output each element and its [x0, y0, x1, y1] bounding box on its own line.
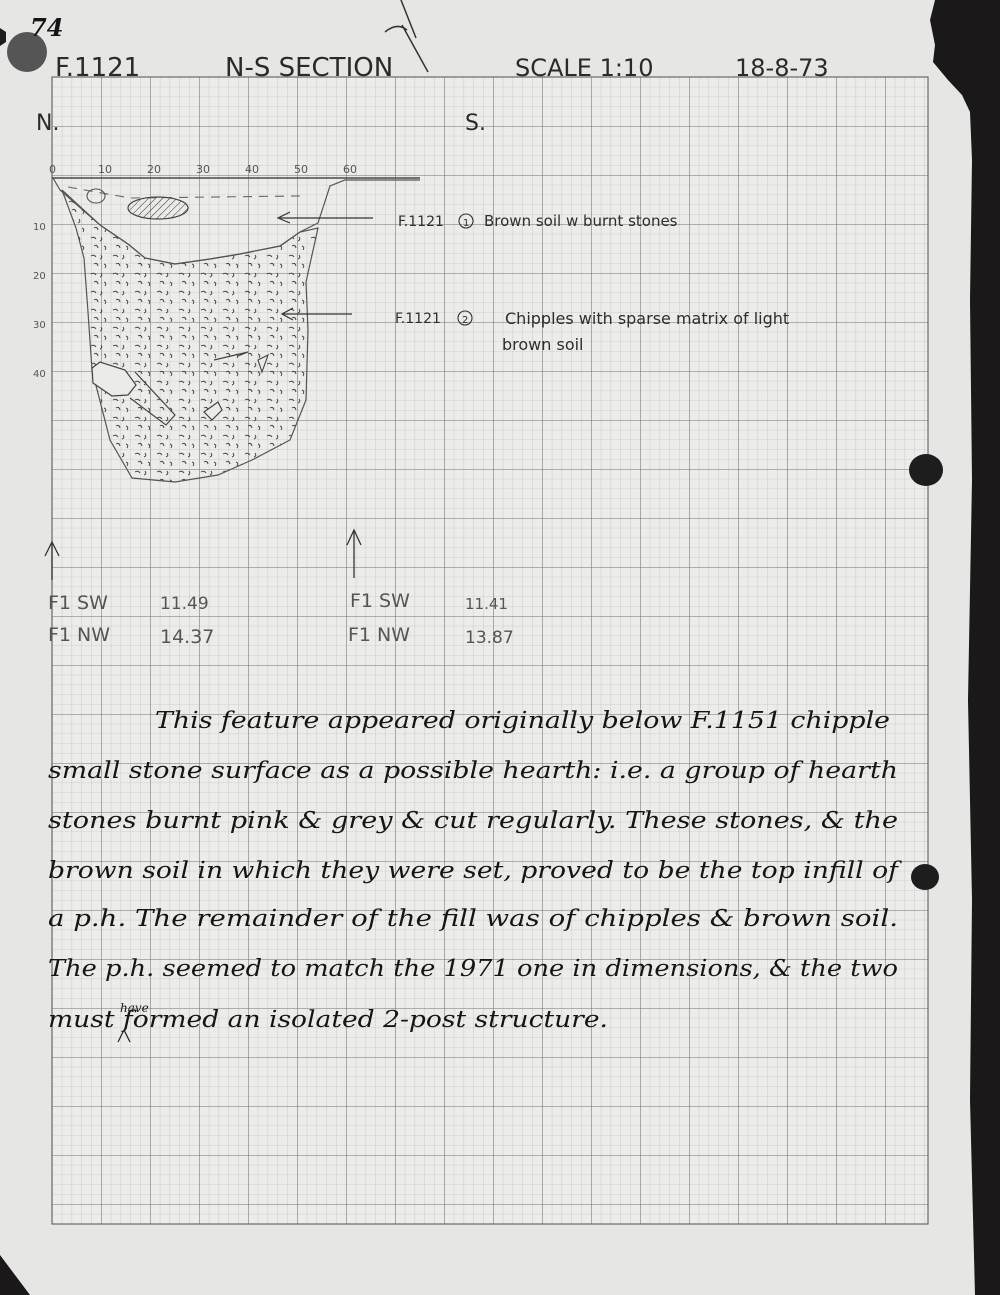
svg-text:F1 SW: F1 SW [350, 590, 410, 612]
svg-text:Chipples with sparse matrix of: Chipples with sparse matrix of light [505, 309, 789, 328]
svg-text:F1 NW: F1 NW [48, 624, 110, 646]
svg-text:11.49: 11.49 [160, 594, 209, 614]
svg-text:brown soil: brown soil [502, 335, 584, 354]
punch-hole-right [909, 454, 943, 486]
svg-text:2: 2 [462, 315, 468, 326]
svg-text:F.1121: F.1121 [398, 214, 444, 230]
svg-text:F1 SW: F1 SW [48, 592, 108, 614]
burnt-stone-hatched [128, 197, 188, 219]
notes-line: a p.h. The remainder of the fill was of … [48, 906, 898, 932]
notes-line: stones burnt pink & grey & cut regularly… [48, 808, 898, 834]
scanned-page: 74 F.1121 N-S SECTION SCALE 1:10 18-8-73… [0, 0, 1000, 1295]
feature-number: F.1121 [55, 53, 140, 83]
svg-text:F.1121: F.1121 [395, 311, 441, 327]
horizontal-scale-tick: 30 [196, 163, 210, 176]
horizontal-scale-tick: 40 [245, 163, 259, 176]
horizontal-scale-tick: 60 [343, 163, 357, 176]
horizontal-scale-tick: 0 [49, 163, 56, 176]
section-title: N-S SECTION [225, 53, 393, 83]
notes-line: small stone surface as a possible hearth… [48, 758, 898, 784]
horizontal-scale-tick: 10 [98, 163, 112, 176]
svg-text:11.41: 11.41 [465, 595, 508, 613]
drawing-scale: SCALE 1:10 [515, 54, 653, 82]
depth-scale-tick: 10 [33, 222, 46, 233]
punch-hole-right-lower [911, 864, 939, 890]
horizontal-scale-tick: 50 [294, 163, 308, 176]
notes-line: The p.h. seemed to match the 1971 one in… [48, 956, 898, 982]
depth-scale-tick: 30 [33, 320, 46, 331]
notes-line: brown soil in which they were set, prove… [48, 858, 902, 884]
depth-scale-tick: 40 [33, 369, 46, 380]
south-label: S. [465, 111, 486, 136]
drawing-date: 18-8-73 [735, 54, 829, 82]
notes-line: This feature appeared originally below F… [155, 708, 890, 734]
svg-text:1: 1 [463, 218, 469, 229]
svg-text:13.87: 13.87 [465, 628, 514, 648]
svg-text:14.37: 14.37 [160, 626, 214, 648]
insertion-word: have [120, 1001, 149, 1015]
svg-text:Brown soil w burnt stones: Brown soil w burnt stones [484, 212, 678, 230]
page-number: 74 [30, 13, 63, 42]
depth-scale-tick: 20 [33, 271, 46, 282]
layer-1-label: F.1121 1 Brown soil w burnt stones [398, 212, 678, 230]
svg-text:F1 NW: F1 NW [348, 624, 410, 646]
north-label: N. [36, 111, 59, 136]
horizontal-scale-tick: 20 [147, 163, 161, 176]
graph-paper-grid [52, 77, 928, 1224]
